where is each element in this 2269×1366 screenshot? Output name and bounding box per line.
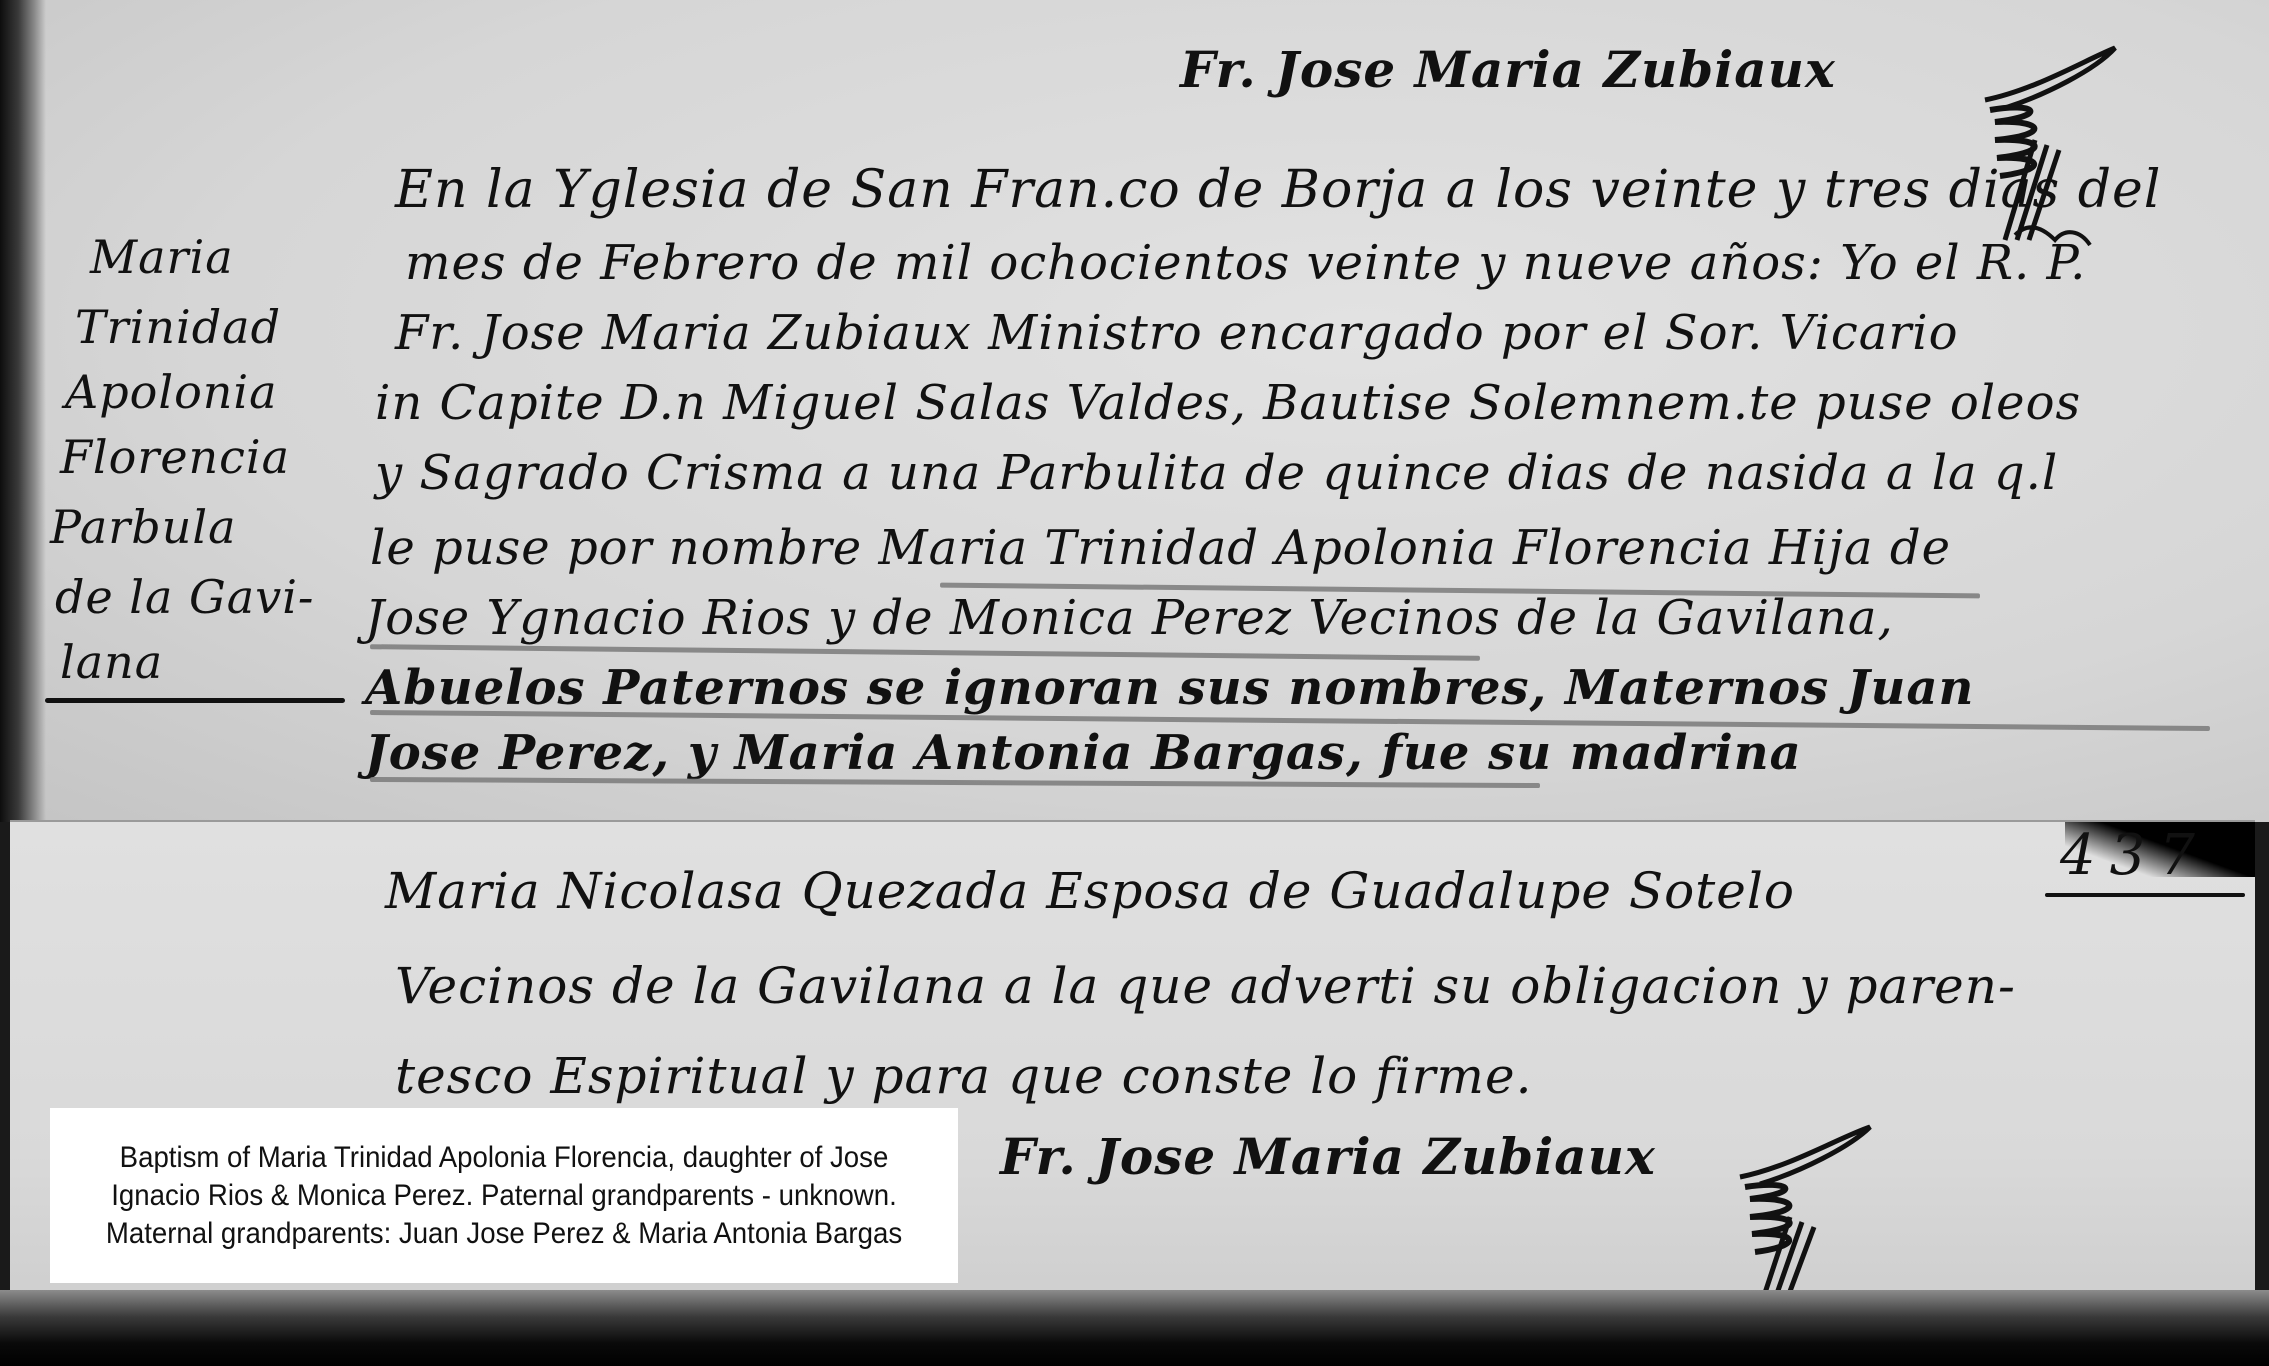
margin-divider-rule bbox=[45, 698, 345, 703]
margin-note-line: Florencia bbox=[60, 430, 290, 484]
signature-rubric-icon bbox=[1730, 1122, 1880, 1302]
margin-note-line: Trinidad bbox=[75, 300, 281, 354]
parents-underline bbox=[370, 644, 1480, 661]
bottom-signature: Fr. Jose Maria Zubiaux bbox=[1000, 1127, 1656, 1186]
margin-note-line: de la Gavi- bbox=[55, 570, 314, 624]
record-line: tesco Espiritual y para que conste lo fi… bbox=[395, 1047, 1532, 1105]
record-line: Vecinos de la Gavilana a la que adverti … bbox=[395, 957, 2016, 1015]
record-line: Jose Ygnacio Rios y de Monica Perez Veci… bbox=[365, 590, 1894, 646]
record-line: y Sagrado Crisma a una Parbulita de quin… bbox=[375, 445, 2058, 501]
page-number: 437 bbox=[2060, 823, 2209, 888]
record-line: Abuelos Paternos se ignoran sus nombres,… bbox=[365, 660, 1974, 716]
margin-note-line: Apolonia bbox=[65, 365, 278, 419]
caption-box: Baptism of Maria Trinidad Apolonia Flore… bbox=[50, 1108, 958, 1283]
book-binding-edge bbox=[0, 0, 46, 822]
caption-text: Baptism of Maria Trinidad Apolonia Flore… bbox=[99, 1139, 909, 1253]
page-number-underline bbox=[2045, 893, 2245, 897]
record-line: mes de Febrero de mil ochocientos veinte… bbox=[405, 235, 2086, 291]
record-line: Maria Nicolasa Quezada Esposa de Guadalu… bbox=[385, 862, 1795, 920]
upper-register-page: Fr. Jose Maria Zubiaux Maria Trinidad Ap… bbox=[0, 0, 2269, 822]
record-line: in Capite D.n Miguel Salas Valdes, Bauti… bbox=[375, 375, 2081, 431]
top-signature: Fr. Jose Maria Zubiaux bbox=[1180, 40, 1836, 99]
margin-note-line: Parbula bbox=[50, 500, 237, 554]
page-bottom-edge bbox=[0, 1290, 2269, 1366]
record-line: En la Yglesia de San Fran.co de Borja a … bbox=[395, 160, 2161, 220]
record-line: Fr. Jose Maria Zubiaux Ministro encargad… bbox=[395, 305, 1959, 361]
record-line: Jose Perez, y Maria Antonia Bargas, fue … bbox=[365, 725, 1802, 781]
margin-note-line: Maria bbox=[90, 230, 234, 284]
record-line: le puse por nombre Maria Trinidad Apolon… bbox=[370, 520, 1951, 576]
margin-note-line: lana bbox=[60, 635, 163, 689]
